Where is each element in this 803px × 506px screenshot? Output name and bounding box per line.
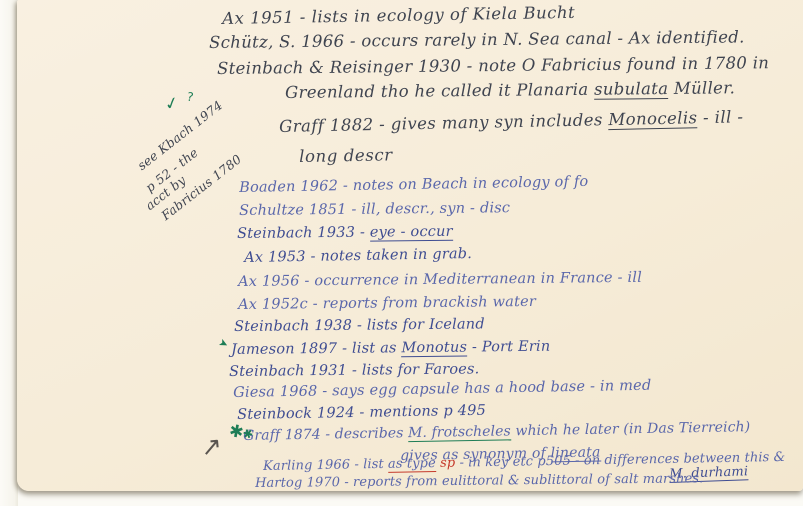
pencil-curved-arrow-icon: ↗ [200,433,223,460]
green-question-mark: ? [186,91,194,104]
note-line-ax-1951: Ax 1951 - lists in ecology of Kiela Buch… [222,4,575,29]
note-text-segment: long descr [299,145,393,166]
note-text-segment: Müller. [668,78,735,98]
note-text-segment: Graff 1882 - gives many syn includes [279,110,609,136]
note-text-segment: Monocelis [608,108,697,130]
note-line-schultze-1851: Schultze 1851 - ill, descr., syn - disc [239,200,510,220]
note-line-ax-1953: Ax 1953 - notes taken in grab. [244,246,472,267]
note-text-segment: Schultze 1851 - ill, descr., syn - disc [239,200,510,219]
note-text-segment: which he later (in Das Tierreich) [511,419,751,439]
note-text-segment: - Port Erin [467,339,550,356]
note-line-greenland: Greenland tho he called it Planaria subu… [285,79,735,103]
note-text-segment: Giesa 1968 - says egg capsule has a hood… [233,378,652,401]
green-arrow-icon: ➤ [217,336,230,350]
note-line-steinbach-1933: Steinbach 1933 - eye - occur [237,224,453,243]
note-line-steinbach-1938: Steinbach 1938 - lists for Iceland [234,316,485,335]
scanned-document-page: Ax 1951 - lists in ecology of Kiela Buch… [0,0,803,506]
note-text-segment: Steinbach 1933 - [237,225,370,242]
note-text-segment: Boaden 1962 - notes on Beach in ecology … [239,174,589,196]
note-line-schutz-1966: Schütz, S. 1966 - occurs rarely in N. Se… [209,28,745,53]
note-line-giesa-1968: Giesa 1968 - says egg capsule has a hood… [233,378,652,402]
note-text-segment: Ax 1953 - notes taken in grab. [244,246,472,266]
note-text-segment: - ill - [697,107,743,127]
note-text-segment: Steinbach 1931 - lists for Faroes. [229,361,480,380]
note-text-segment: Steinbach 1938 - lists for Iceland [234,316,485,335]
note-text-segment: eye - occur [370,224,453,242]
note-text-segment: Steinbach & Reisinger 1930 - note O Fabr… [217,53,769,78]
note-text-segment: Schütz, S. 1966 - occurs rarely in N. Se… [209,27,745,52]
note-line-graff-1874: Graff 1874 - describes M. frotscheles wh… [243,419,750,444]
note-text-segment: Ax 1956 - occurrence in Mediterranean in… [238,270,642,290]
note-text-segment: Graff 1874 - describes [243,425,408,444]
note-line-steinbach-1931: Steinbach 1931 - lists for Faroes. [229,361,480,380]
scan-background-strip [0,0,18,506]
note-line-hartog-1970: Hartog 1970 - reports from eulittoral & … [255,472,703,492]
note-text-segment: Steinbock 1924 - mentions p 495 [237,403,486,423]
note-text-segment: Ax 1951 - lists in ecology of Kiela Buch… [222,3,575,28]
note-line-jameson-1897: Jameson 1897 - list as Monotus - Port Er… [231,339,550,359]
note-text-segment: M. frotscheles [408,423,511,442]
note-text-segment: Jameson 1897 - list as [231,340,402,358]
note-text-segment: Ax 1952c - reports from brackish water [238,294,536,313]
green-checkmark-icon: ✓ [163,94,181,114]
note-line-ax-1956: Ax 1956 - occurrence in Mediterranean in… [238,270,642,291]
note-line-steinbock-1924: Steinbock 1924 - mentions p 495 [237,403,486,424]
note-text-segment: Karling 1966 - list [263,457,388,474]
note-text-segment: Monotus [401,340,467,358]
note-text-segment: Hartog 1970 - reports from eulittoral & … [255,471,703,491]
note-text-segment: Greenland tho he called it Planaria [285,80,594,102]
note-line-ax-1952c: Ax 1952c - reports from brackish water [238,294,536,314]
note-line-boaden-1962: Boaden 1962 - notes on Beach in ecology … [239,174,589,197]
note-line-long-descr: long descr [299,146,393,167]
note-line-graff-1882: Graff 1882 - gives many syn includes Mon… [279,108,744,137]
note-line-steinbach-reisinger-1930: Steinbach & Reisinger 1930 - note O Fabr… [217,54,769,79]
index-card: Ax 1951 - lists in ecology of Kiela Buch… [17,0,803,491]
note-text-segment: subulata [594,79,668,100]
note-text-segment: as type [388,456,436,473]
note-text-segment: sp [440,456,455,471]
